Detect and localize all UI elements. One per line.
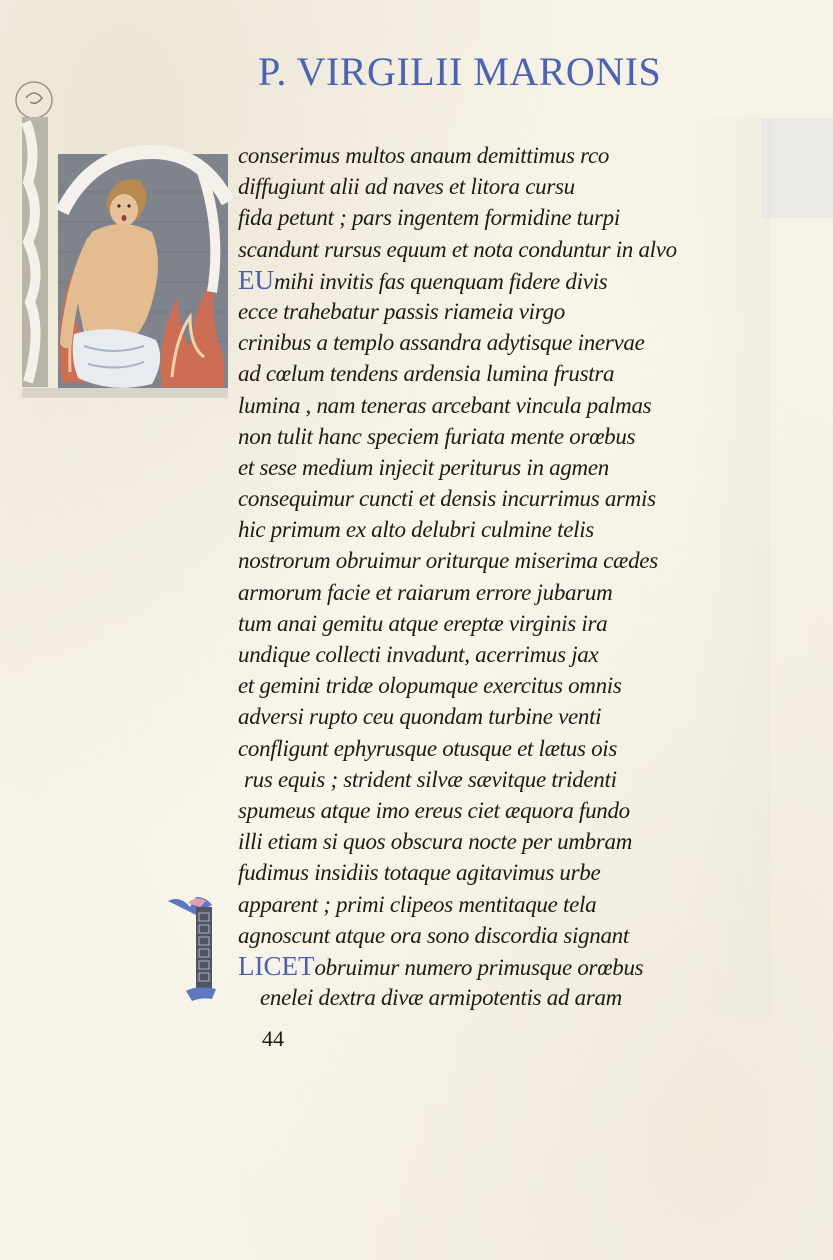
verse-line: lumina , nam teneras arcebant vincula pa… bbox=[238, 390, 818, 421]
verse-line: non tulit hanc speciem furiata mente orœ… bbox=[238, 421, 818, 452]
verse-line: scandunt rursus equum et nota conduntur … bbox=[238, 234, 818, 265]
verse-line: fida petunt ; pars ingentem formidine tu… bbox=[238, 202, 818, 233]
verse-line: nostrorum obruimur oriturque miserima cæ… bbox=[238, 545, 818, 576]
verse-text-block: conserimus multos anaum demittimus rco d… bbox=[238, 140, 818, 1013]
verse-line: agnoscunt atque ora sono discordia signa… bbox=[238, 920, 818, 951]
verse-line: armorum facie et raiarum errore jubarum bbox=[238, 577, 818, 608]
verse-line: ad cœlum tendens ardensia lumina frustra bbox=[238, 358, 818, 389]
verse-line-text: mihi invitis fas quenquam fidere divis bbox=[274, 269, 607, 294]
verse-line: confligunt ephyrusque otusque et lætus o… bbox=[238, 733, 818, 764]
verse-line: LICETobruimur numero primusque orœbus bbox=[238, 951, 818, 982]
verse-line: illi etiam si quos obscura nocte per umb… bbox=[238, 826, 818, 857]
verse-line: apparent ; primi clipeos mentitaque tela bbox=[238, 889, 818, 920]
verse-line: et gemini tridæ olopumque exercitus omni… bbox=[238, 670, 818, 701]
verse-line: crinibus a templo assandra adytisque ine… bbox=[238, 327, 818, 358]
verse-line: EUmihi invitis fas quenquam fidere divis bbox=[238, 265, 818, 296]
verse-line: hic primum ex alto delubri culmine telis bbox=[238, 514, 818, 545]
verse-line: fudimus insidiis totaque agitavimus urbe bbox=[238, 857, 818, 888]
running-head: P. VIRGILII MARONIS bbox=[258, 52, 678, 92]
illuminated-miniature-icon bbox=[12, 72, 232, 402]
verse-line: tum anai gemitu atque ereptæ virginis ir… bbox=[238, 608, 818, 639]
verse-line: adversi rupto ceu quondam turbine venti bbox=[238, 701, 818, 732]
verse-line-text: obruimur numero primusque orœbus bbox=[314, 955, 643, 980]
verse-line: conserimus multos anaum demittimus rco bbox=[238, 140, 818, 171]
verse-line: enelei dextra divæ armipotentis ad aram bbox=[238, 982, 818, 1013]
blue-initial: EU bbox=[238, 265, 274, 295]
page-number: 44 bbox=[262, 1026, 284, 1052]
verse-line: undique collecti invadunt, acerrimus jax bbox=[238, 639, 818, 670]
verse-line: et sese medium injecit periturus in agme… bbox=[238, 452, 818, 483]
verse-line: spumeus atque imo ereus ciet æquora fund… bbox=[238, 795, 818, 826]
verse-line: rus equis ; strident silvæ sævitque trid… bbox=[238, 764, 818, 795]
blue-initial: LICET bbox=[238, 951, 314, 981]
verse-line: ecce trahebatur passis riameia virgo bbox=[238, 296, 818, 327]
verse-line: consequimur cuncti et densis incurrimus … bbox=[238, 483, 818, 514]
decorated-initial-icon bbox=[166, 893, 236, 1003]
verse-line: diffugiunt alii ad naves et litora cursu bbox=[238, 171, 818, 202]
